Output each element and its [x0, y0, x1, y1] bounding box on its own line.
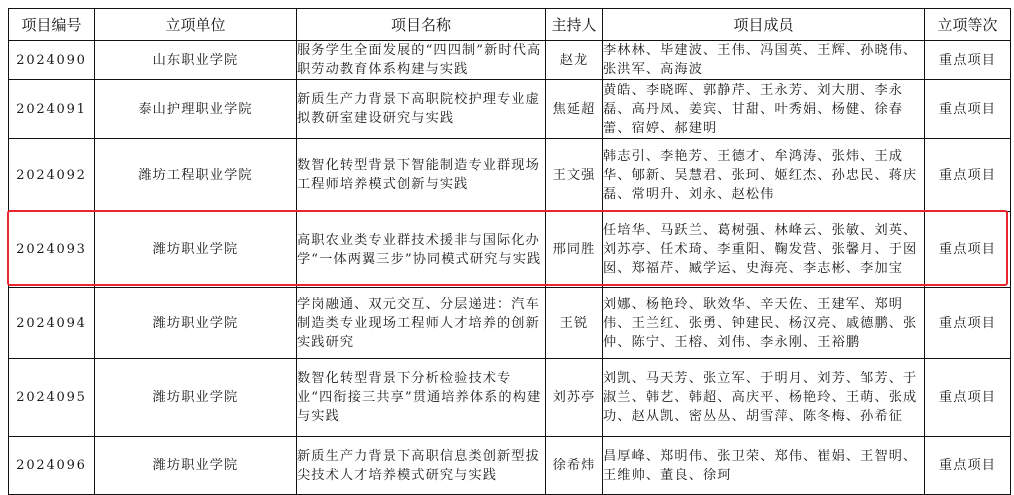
project-members: 李林林、毕建波、王伟、冯国英、王辉、孙晓伟、张洪军、高海波 [603, 41, 925, 80]
table-row: 2024096 潍坊职业学院 新质生产力背景下高职信息类创新型拔尖技术人才培养模… [9, 437, 1011, 495]
project-table: 项目编号 立项单位 项目名称 主持人 项目成员 立项等次 2024090 山东职… [8, 8, 1011, 495]
project-level: 重点项目 [925, 359, 1011, 437]
project-members: 昌厚峰、郑明伟、张卫荣、郑伟、崔娟、王智明、王维帅、董良、徐珂 [603, 437, 925, 495]
header-row: 项目编号 立项单位 项目名称 主持人 项目成员 立项等次 [9, 9, 1011, 41]
header-level: 立项等次 [925, 9, 1011, 41]
project-members: 刘凯、马天芳、张立军、于明月、刘芳、邹芳、于淑兰、韩艺、韩超、高庆平、杨艳玲、王… [603, 359, 925, 437]
project-leader: 焦延超 [546, 80, 603, 139]
project-level: 重点项目 [925, 139, 1011, 212]
project-unit: 潍坊职业学院 [95, 437, 297, 495]
project-level: 重点项目 [925, 41, 1011, 80]
project-id: 2024090 [9, 41, 95, 80]
project-members: 刘娜、杨艳玲、耿效华、辛天佐、王建军、郑明伟、王兰红、张勇、钟建民、杨汉亮、戚德… [603, 288, 925, 359]
project-leader: 王锐 [546, 288, 603, 359]
project-unit: 潍坊职业学院 [95, 359, 297, 437]
project-name: 数智化转型背景下智能制造专业群现场工程师培养模式创新与实践 [297, 139, 546, 212]
project-leader: 徐希炜 [546, 437, 603, 495]
project-leader: 王文强 [546, 139, 603, 212]
project-id: 2024095 [9, 359, 95, 437]
project-members: 韩志引、李艳芳、王德才、牟鸿涛、张炜、王成华、郇新、吴慧君、张珂、姬红杰、孙忠民… [603, 139, 925, 212]
project-name: 新质生产力背景下高职院校护理专业虚拟教研室建设研究与实践 [297, 80, 546, 139]
project-id: 2024092 [9, 139, 95, 212]
project-members: 黄皓、李晓晖、郭静芹、王永芳、刘大朋、李永磊、高丹凤、姜宾、甘甜、叶秀娟、杨健、… [603, 80, 925, 139]
project-id: 2024094 [9, 288, 95, 359]
project-unit: 潍坊工程职业学院 [95, 139, 297, 212]
project-level: 重点项目 [925, 288, 1011, 359]
project-id: 2024096 [9, 437, 95, 495]
table-row-highlighted: 2024093 潍坊职业学院 高职农业类专业群技术援非与国际化办学“一体两翼三步… [9, 212, 1011, 288]
project-unit: 潍坊职业学院 [95, 288, 297, 359]
project-name: 新质生产力背景下高职信息类创新型拔尖技术人才培养模式研究与实践 [297, 437, 546, 495]
project-level: 重点项目 [925, 80, 1011, 139]
header-members: 项目成员 [603, 9, 925, 41]
project-level: 重点项目 [925, 437, 1011, 495]
project-leader: 赵龙 [546, 41, 603, 80]
project-id: 2024091 [9, 80, 95, 139]
project-unit: 潍坊职业学院 [95, 212, 297, 288]
project-name: 学岗融通、双元交互、分层递进：汽车制造类专业现场工程师人才培养的创新实践研究 [297, 288, 546, 359]
header-project-name: 项目名称 [297, 9, 546, 41]
table-row: 2024090 山东职业学院 服务学生全面发展的“四四制”新时代高职劳动教育体系… [9, 41, 1011, 80]
project-unit: 山东职业学院 [95, 41, 297, 80]
project-unit: 泰山护理职业学院 [95, 80, 297, 139]
project-name: 数智化转型背景下分析检验技术专业“四衔接三共享”贯通培养体系的构建与实践 [297, 359, 546, 437]
project-name: 高职农业类专业群技术援非与国际化办学“一体两翼三步”协同模式研究与实践 [297, 212, 546, 288]
table-row: 2024095 潍坊职业学院 数智化转型背景下分析检验技术专业“四衔接三共享”贯… [9, 359, 1011, 437]
project-members: 任培华、马跃兰、葛树强、林峰云、张敏、刘英、刘苏亭、任术琦、李重阳、鞠发营、张馨… [603, 212, 925, 288]
table-row: 2024091 泰山护理职业学院 新质生产力背景下高职院校护理专业虚拟教研室建设… [9, 80, 1011, 139]
project-level: 重点项目 [925, 212, 1011, 288]
table-row: 2024092 潍坊工程职业学院 数智化转型背景下智能制造专业群现场工程师培养模… [9, 139, 1011, 212]
project-id: 2024093 [9, 212, 95, 288]
project-name: 服务学生全面发展的“四四制”新时代高职劳动教育体系构建与实践 [297, 41, 546, 80]
header-project-id: 项目编号 [9, 9, 95, 41]
project-leader: 邢同胜 [546, 212, 603, 288]
header-leader: 主持人 [546, 9, 603, 41]
table-row: 2024094 潍坊职业学院 学岗融通、双元交互、分层递进：汽车制造类专业现场工… [9, 288, 1011, 359]
project-leader: 刘苏亭 [546, 359, 603, 437]
header-unit: 立项单位 [95, 9, 297, 41]
